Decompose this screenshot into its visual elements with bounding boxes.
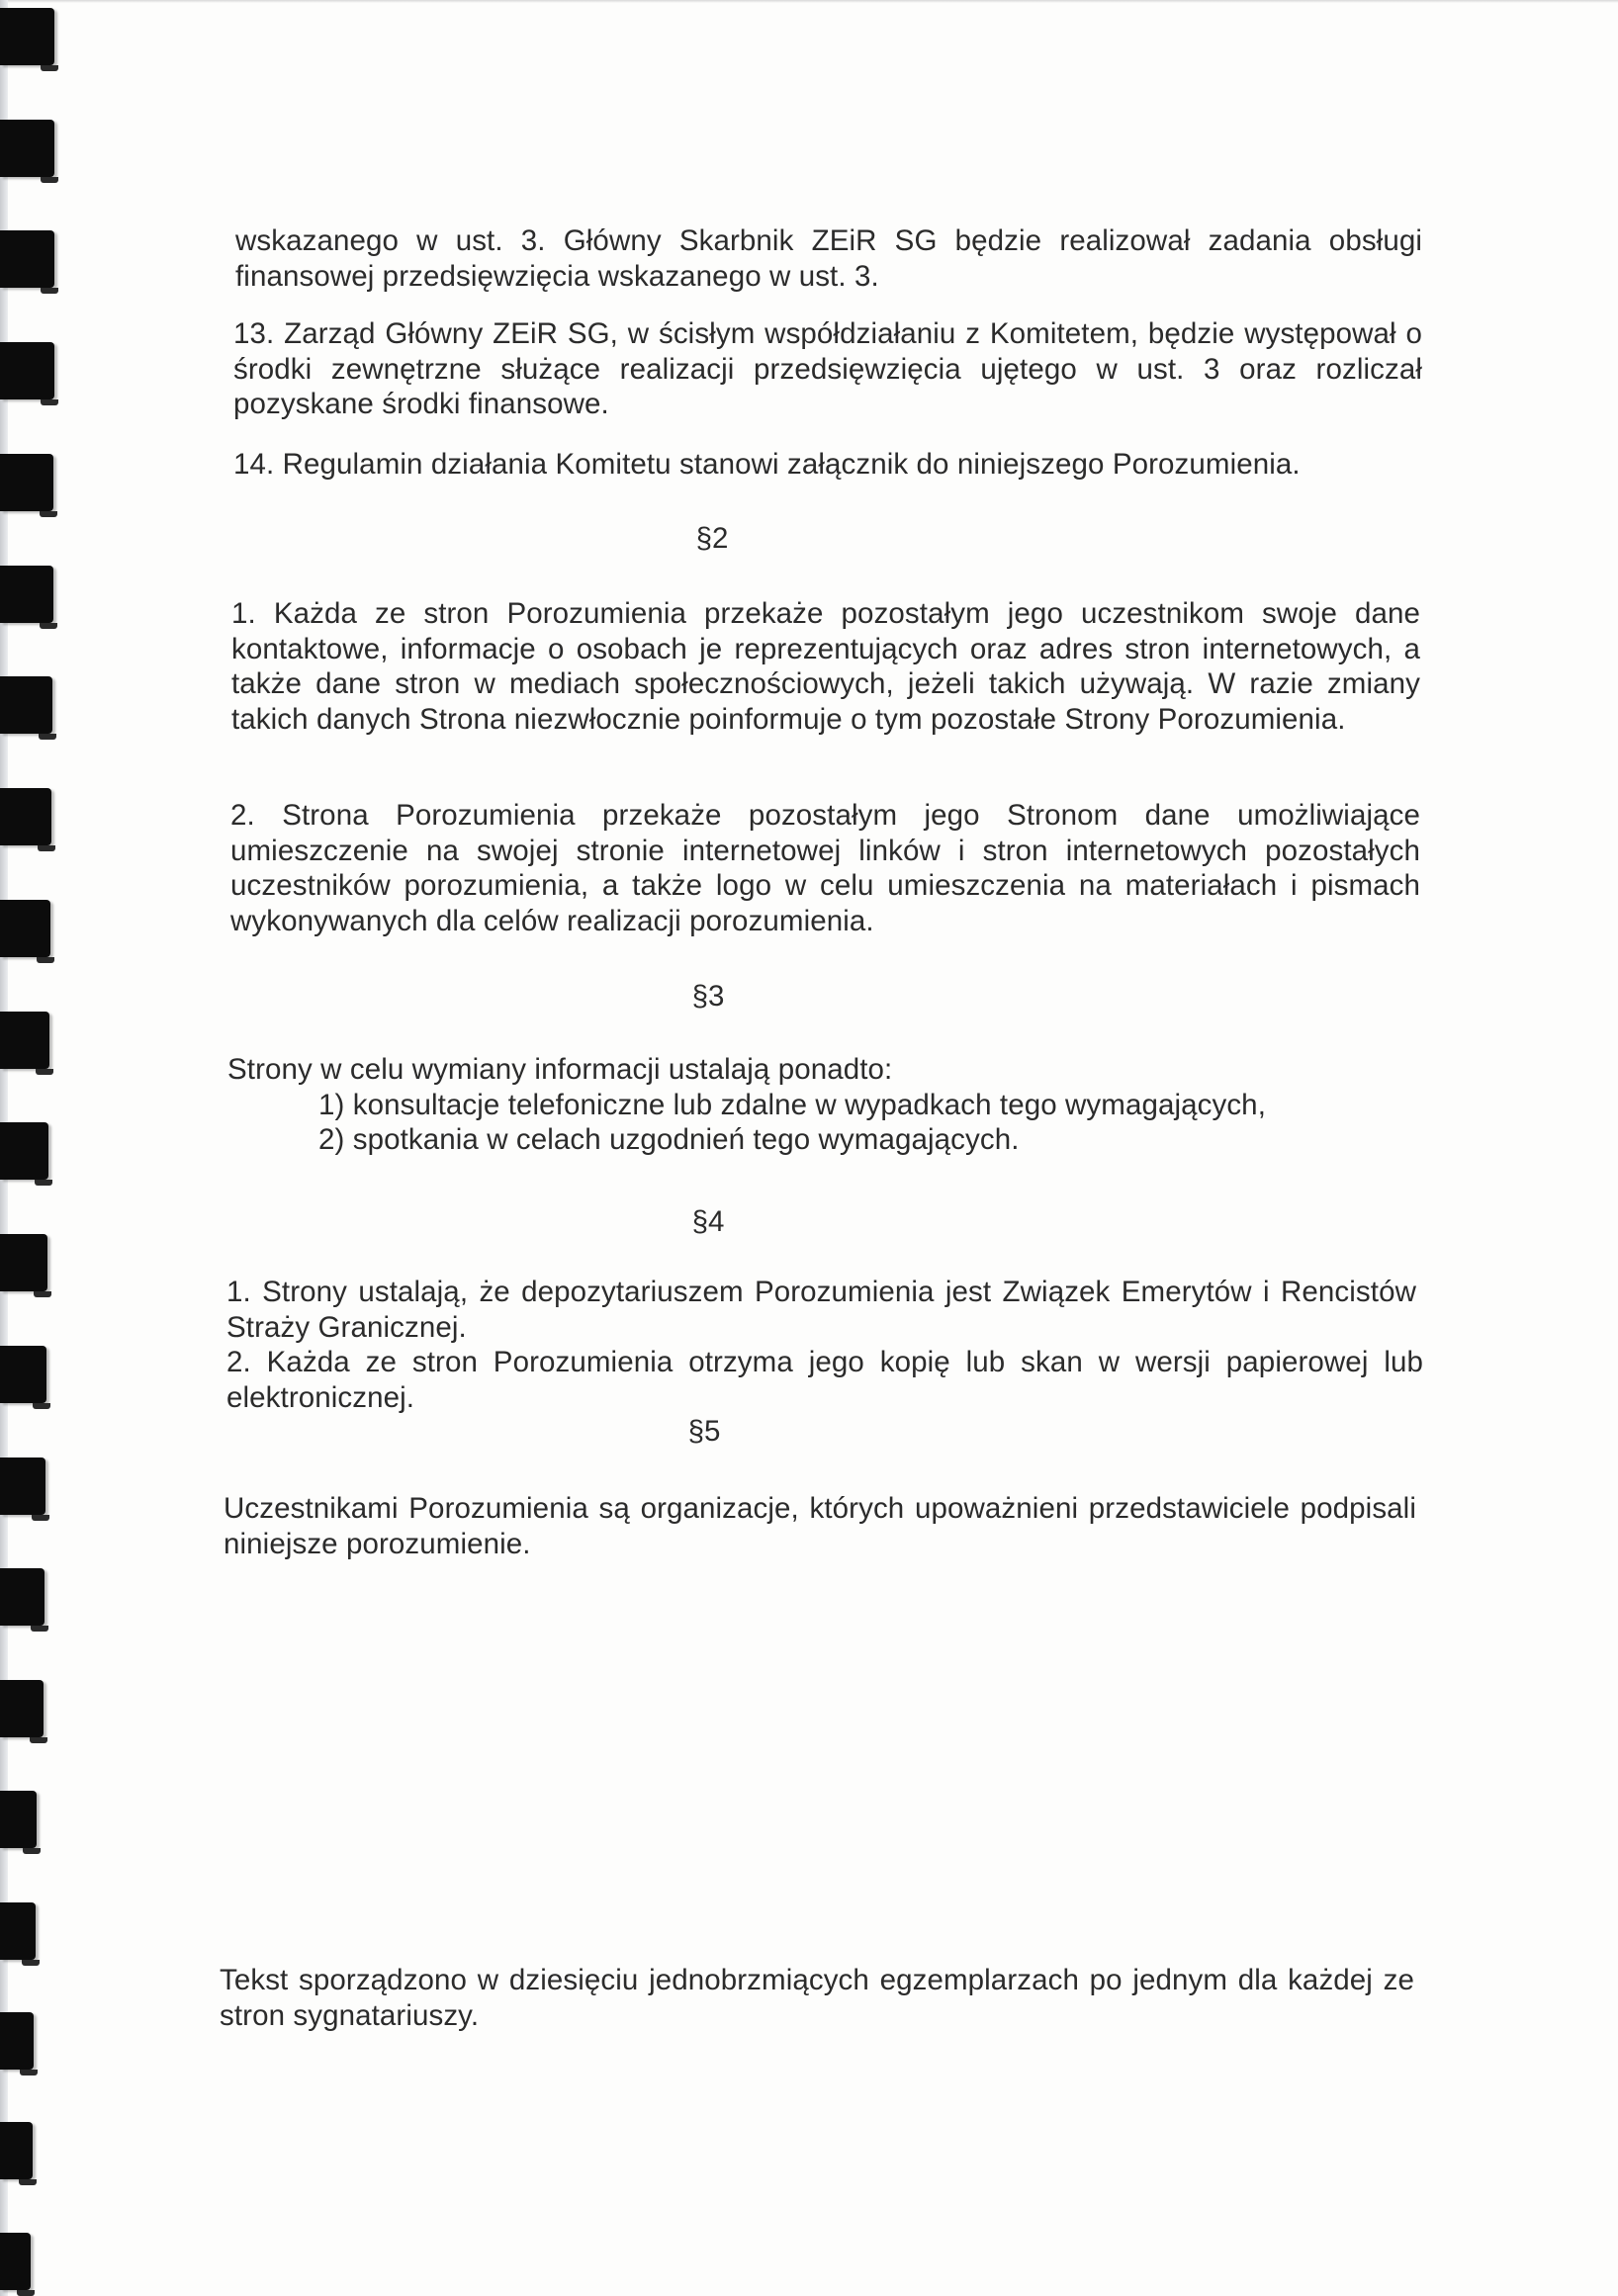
section-4-paragraph-1: 1. Strony ustalają, że depozytariuszem P…	[226, 1275, 1416, 1345]
section-3-intro: Strony w celu wymiany informacji ustalaj…	[227, 1052, 1424, 1158]
document-page: wskazanego w ust. 3. Główny Skarbnik ZEi…	[0, 0, 1618, 2296]
section-5-paragraph: Uczestnikami Porozumienia są organizacje…	[224, 1491, 1416, 1561]
section-2-paragraph-2: 2. Strona Porozumienia przekaże pozostał…	[230, 798, 1420, 938]
list-item-2: 2) spotkania w celach uzgodnień tego wym…	[227, 1122, 1424, 1158]
section-mark-2: §2	[673, 521, 752, 556]
section-3-intro-text: Strony w celu wymiany informacji ustalaj…	[227, 1053, 892, 1086]
paragraph-14: 14. Regulamin działania Komitetu stanowi…	[233, 447, 1430, 483]
section-mark-5: §5	[665, 1414, 744, 1449]
paragraph-12-continuation: wskazanego w ust. 3. Główny Skarbnik ZEi…	[235, 223, 1422, 294]
section-4-paragraph-2: 2. Każda ze stron Porozumienia otrzyma j…	[226, 1345, 1423, 1415]
list-item-1: 1) konsultacje telefoniczne lub zdalne w…	[227, 1088, 1424, 1123]
section-mark-4: §4	[669, 1204, 748, 1239]
section-mark-3: §3	[669, 979, 748, 1014]
section-2-paragraph-1: 1. Każda ze stron Porozumienia przekaże …	[231, 596, 1420, 737]
paragraph-13: 13. Zarząd Główny ZEiR SG, w ścisłym wsp…	[233, 316, 1422, 422]
closing-statement: Tekst sporządzono w dziesięciu jednobrzm…	[220, 1963, 1414, 2033]
